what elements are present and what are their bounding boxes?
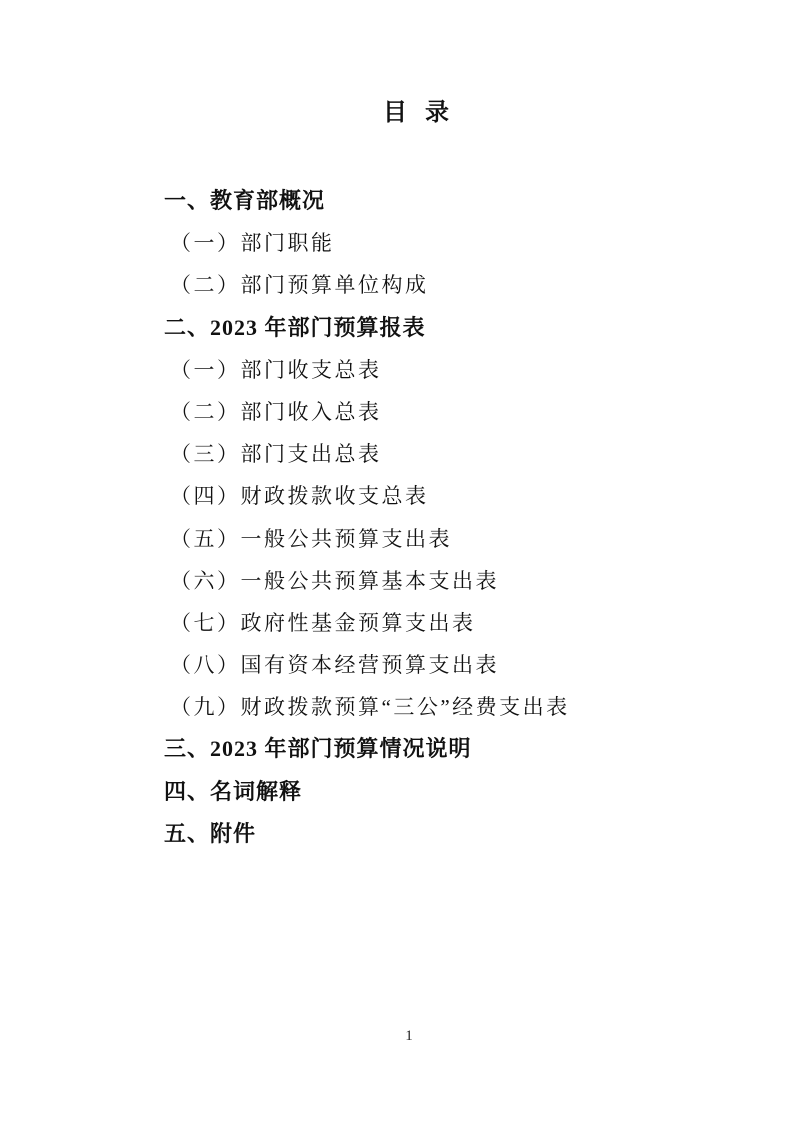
toc-entry: （一）部门收支总表 (0, 349, 800, 391)
toc-entry: （三）部门支出总表 (0, 433, 800, 475)
table-of-contents: 一、教育部概况 （一）部门职能 （二）部门预算单位构成 二、2023 年部门预算… (0, 180, 800, 855)
toc-entry-section-5: 五、附件 (0, 813, 800, 855)
toc-entry: （二）部门收入总表 (0, 391, 800, 433)
toc-entry-section-1: 一、教育部概况 (0, 180, 800, 222)
toc-entry: （六）一般公共预算基本支出表 (0, 560, 800, 602)
page-title: 目 录 (0, 98, 800, 128)
toc-entry: （九）财政拨款预算“三公”经费支出表 (0, 686, 800, 728)
toc-entry-section-4: 四、名词解释 (0, 771, 800, 813)
toc-entry-section-3: 三、2023 年部门预算情况说明 (0, 728, 800, 770)
toc-entry: （一）部门职能 (0, 222, 800, 264)
toc-entry: （八）国有资本经营预算支出表 (0, 644, 800, 686)
toc-entry: （二）部门预算单位构成 (0, 264, 800, 306)
page-number: 1 (0, 1028, 800, 1045)
toc-entry-section-2: 二、2023 年部门预算报表 (0, 307, 800, 349)
toc-entry: （四）财政拨款收支总表 (0, 475, 800, 517)
toc-entry: （五）一般公共预算支出表 (0, 518, 800, 560)
document-page: 目 录 一、教育部概况 （一）部门职能 （二）部门预算单位构成 二、2023 年… (0, 0, 800, 1131)
toc-entry: （七）政府性基金预算支出表 (0, 602, 800, 644)
